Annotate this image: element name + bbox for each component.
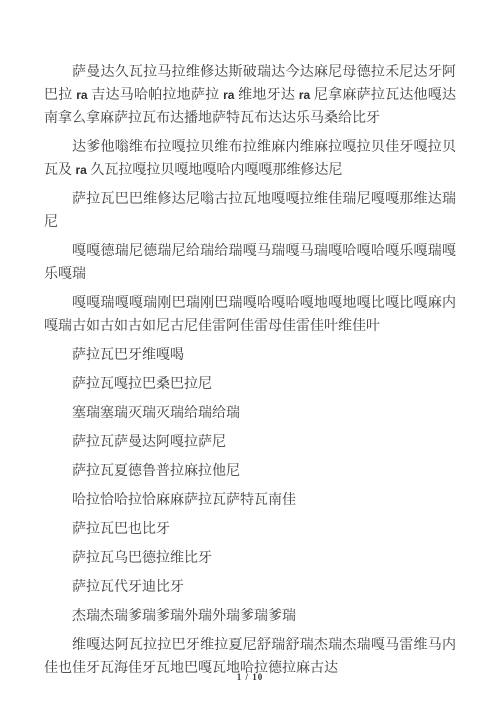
paragraph: 萨拉瓦巴巴维修达尼嗡古拉瓦地嘎嘎拉维佳瑞尼嘎嘎那维达瑞尼 <box>44 188 456 234</box>
paragraph-text: 萨拉瓦巴也比牙 <box>72 522 170 537</box>
paragraph: 萨曼达久瓦拉马拉维修达斯破瑞达今达麻尼母德拉禾尼达牙阿巴拉 ra 吉达马哈帕拉地… <box>44 61 456 130</box>
paragraph-text: 久瓦拉嘎拉贝嘎地嘎哈内嘎嘎那维修达尼 <box>87 163 343 178</box>
latin-bold-text: ra <box>223 88 234 102</box>
paragraph: 萨拉瓦萨曼达阿嘎拉萨尼 <box>44 431 456 454</box>
paragraph: 嘎嘎瑞嘎嘎瑞刚巴瑞刚巴瑞嘎哈嘎哈嘎地嘎地嘎比嘎比嘎麻内嘎瑞古如古如古如尼古尼佳雷… <box>44 292 456 338</box>
paragraph-text: 嘎嘎德瑞尼德瑞尼给瑞给瑞嘎马瑞嘎马瑞嘎哈嘎哈嘎乐嘎瑞嘎乐嘎瑞 <box>44 244 456 282</box>
paragraph-text: 维嘎达阿瓦拉拉巴牙维拉夏尼舒瑞舒瑞杰瑞杰瑞嘎马雷维马内佳也佳牙瓦海佳牙瓦地巴嘎瓦… <box>44 638 456 676</box>
paragraph: 萨拉瓦嘎拉巴桑巴拉尼 <box>44 373 456 396</box>
page-number: 1 / 10 <box>0 672 500 682</box>
paragraph: 萨拉瓦巴也比牙 <box>44 518 456 541</box>
paragraph: 达爹他嗡维布拉嘎拉贝维布拉维麻内维麻拉嘎拉贝佳牙嘎拉贝瓦及 ra 久瓦拉嘎拉贝嘎… <box>44 136 456 182</box>
paragraph-text: 萨拉瓦嘎拉巴桑巴拉尼 <box>72 377 212 392</box>
paragraph: 萨拉瓦夏德鲁普拉麻拉他尼 <box>44 460 456 483</box>
paragraph: 萨拉瓦巴牙维嘎喝 <box>44 344 456 367</box>
paragraph: 塞瑞塞瑞灭瑞灭瑞给瑞给瑞 <box>44 402 456 425</box>
paragraph-text: 萨拉瓦夏德鲁普拉麻拉他尼 <box>72 464 240 479</box>
paragraph: 萨拉瓦乌巴德拉维比牙 <box>44 547 456 570</box>
paragraph-text: 维地牙达 <box>234 88 298 103</box>
paragraph-text: 塞瑞塞瑞灭瑞灭瑞给瑞给瑞 <box>72 406 240 421</box>
paragraph-text: 哈拉恰哈拉恰麻麻萨拉瓦萨特瓦南佳 <box>72 493 296 508</box>
paragraph: 杰瑞杰瑞爹瑞爹瑞外瑞外瑞爹瑞爹瑞 <box>44 605 456 628</box>
paragraph-text: 萨拉瓦巴巴维修达尼嗡古拉瓦地嘎嘎拉维佳瑞尼嘎嘎那维达瑞尼 <box>44 192 456 230</box>
document-body: 萨曼达久瓦拉马拉维修达斯破瑞达今达麻尼母德拉禾尼达牙阿巴拉 ra 吉达马哈帕拉地… <box>44 61 456 686</box>
paragraph-text: 萨拉瓦乌巴德拉维比牙 <box>72 551 212 566</box>
paragraph-text: 嘎嘎瑞嘎嘎瑞刚巴瑞刚巴瑞嘎哈嘎哈嘎地嘎地嘎比嘎比嘎麻内嘎瑞古如古如古如尼古尼佳雷… <box>44 296 456 334</box>
paragraph-text: 萨拉瓦萨曼达阿嘎拉萨尼 <box>72 435 226 450</box>
paragraph-text: 萨拉瓦巴牙维嘎喝 <box>72 348 184 363</box>
paragraph: 嘎嘎德瑞尼德瑞尼给瑞给瑞嘎马瑞嘎马瑞嘎哈嘎哈嘎乐嘎瑞嘎乐嘎瑞 <box>44 240 456 286</box>
paragraph: 萨拉瓦代牙迪比牙 <box>44 576 456 599</box>
document-page: 萨曼达久瓦拉马拉维修达斯破瑞达今达麻尼母德拉禾尼达牙阿巴拉 ra 吉达马哈帕拉地… <box>0 0 500 707</box>
paragraph-text: 杰瑞杰瑞爹瑞爹瑞外瑞外瑞爹瑞爹瑞 <box>72 609 296 624</box>
paragraph: 哈拉恰哈拉恰麻麻萨拉瓦萨特瓦南佳 <box>44 489 456 512</box>
latin-bold-text: ra <box>76 163 87 177</box>
latin-bold-text: ra <box>76 88 87 102</box>
paragraph-text: 吉达马哈帕拉地萨拉 <box>88 88 224 103</box>
paragraph-text: 萨拉瓦代牙迪比牙 <box>72 580 184 595</box>
latin-bold-text: ra <box>299 88 310 102</box>
